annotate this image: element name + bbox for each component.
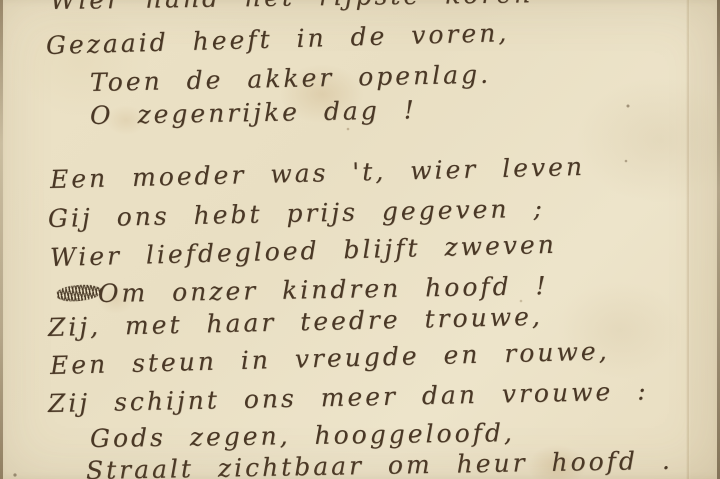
poem-line-2: Gezaaid heeft in de voren, bbox=[46, 17, 510, 62]
poem-line-4: O zegenrijke dag ! bbox=[90, 94, 417, 132]
scan-edge-left bbox=[0, 0, 3, 479]
poem-line-11: Zij schijnt ons meer dan vrouwe : bbox=[48, 375, 649, 420]
poem-line-1: Wier hand het rijpste koren bbox=[50, 0, 534, 17]
manuscript-page: Wier hand het rijpste koren Gezaaid heef… bbox=[0, 0, 720, 479]
poem-line-10: Een steun in vreugde en rouwe, bbox=[50, 335, 610, 382]
crossed-out-word-scribble bbox=[55, 283, 102, 304]
paper-fold-band bbox=[690, 0, 720, 479]
poem-line-3: Toen de akker openlag. bbox=[90, 59, 492, 99]
paper-crease bbox=[686, 0, 691, 479]
poem-line-6: Gij ons hebt prijs gegeven ; bbox=[48, 193, 546, 235]
poem-line-5: Een moeder was 't, wier leven bbox=[50, 151, 586, 196]
poem-line-7: Wier liefdegloed blijft zweven bbox=[50, 229, 558, 274]
foxing-specks bbox=[0, 0, 2, 2]
